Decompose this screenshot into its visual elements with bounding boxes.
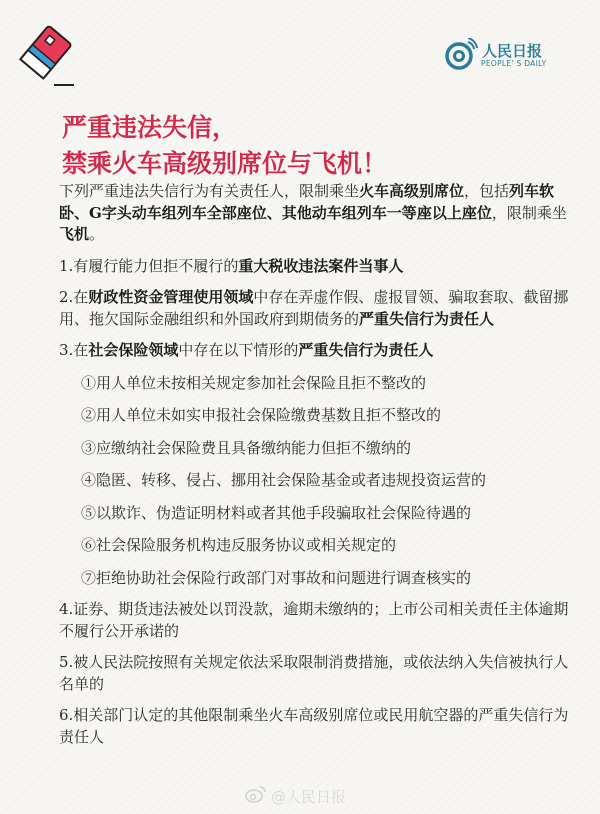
sub-item-4: ④隐匿、转移、侵占、挪用社会保险基金或者违规投资运营的 — [59, 470, 569, 492]
sub-item-6: ⑥社会保险服务机构违反服务协议或相关规定的 — [59, 535, 569, 557]
sub-item-3: ③应缴纳社会保险费且具备缴纳能力但拒不缴纳的 — [59, 438, 569, 460]
title-line-1: 严重违法失信， — [62, 110, 387, 146]
brand-name-cn: 人民日报 — [482, 40, 542, 61]
list-item-4: 4.证券、期货违法被处以罚没款，逾期未缴纳的；上市公司相关责任主体逾期不履行公开… — [59, 599, 569, 642]
intro-bold: 火车高级别席位 — [359, 182, 464, 200]
list-item-6: 6.相关部门认定的其他限制乘坐火车高级别席位或民用航空器的严重失信行为责任人 — [59, 705, 569, 748]
list-item-2: 2.在财政性资金管理使用领域中存在弄虚作假、虚报冒领、骗取套取、截留挪用、拖欠国… — [59, 287, 569, 330]
item-bold: 严重失信行为责任人 — [298, 341, 433, 359]
sub-item-7: ⑦拒绝协助社会保险行政部门对事故和问题进行调查核实的 — [59, 568, 569, 590]
item-bold: 财政性资金管理使用领域 — [88, 288, 253, 306]
weibo-watermark: @人民日报 — [245, 785, 346, 807]
list-item-3: 3.在社会保险领域中存在以下情形的严重失信行为责任人 — [59, 340, 569, 362]
sub-item-5: ⑤以欺诈、伪造证明材料或者其他手段骗取社会保险待遇的 — [59, 503, 569, 525]
weibo-icon — [245, 785, 267, 807]
watermark-text: @人民日报 — [271, 786, 346, 807]
item-bold: 重大税收违法案件当事人 — [238, 257, 403, 275]
intro-text: 。 — [89, 225, 104, 243]
intro-bold: 飞机 — [59, 225, 89, 243]
item-bold: 社会保险领域 — [88, 341, 178, 359]
intro-paragraph: 下列严重违法失信行为有关责任人，限制乘坐火车高级别席位，包括列车软卧、G字头动车… — [59, 181, 569, 246]
credit-card-icon — [18, 18, 74, 88]
page-title: 严重违法失信， 禁乘火车高级别席位与飞机！ — [62, 110, 387, 182]
intro-text: ，限制乘坐 — [492, 204, 567, 222]
item-text: 中存在以下情形的 — [178, 341, 298, 359]
list-item-5: 5.被人民法院按照有关规定依法采取限制消费措施，或依法纳入失信被执行人名单的 — [59, 652, 569, 695]
intro-text: 下列严重违法失信行为有关责任人，限制乘坐 — [59, 182, 359, 200]
item-text: 3.在 — [59, 341, 88, 359]
brand-name-en: PEOPLE' S DAILY — [481, 59, 546, 68]
article-body: 下列严重违法失信行为有关责任人，限制乘坐火车高级别席位，包括列车软卧、G字头动车… — [59, 181, 569, 748]
title-line-2: 禁乘火车高级别席位与飞机！ — [62, 146, 387, 182]
item-text: 1.有履行能力但拒不履行的 — [59, 257, 238, 275]
list-item-1: 1.有履行能力但拒不履行的重大税收违法案件当事人 — [59, 256, 569, 278]
item-text: 2.在 — [59, 288, 88, 306]
brand-logo: 人民日报 PEOPLE' S DAILY — [444, 38, 584, 72]
sub-item-2: ②用人单位未如实申报社会保险缴费基数且拒不整改的 — [59, 405, 569, 427]
intro-text: ，包括 — [464, 182, 509, 200]
sub-item-1: ①用人单位未按相关规定参加社会保险且拒不整改的 — [59, 373, 569, 395]
at-sign-signal-icon — [444, 38, 478, 72]
item-bold: 严重失信行为责任人 — [359, 310, 494, 328]
